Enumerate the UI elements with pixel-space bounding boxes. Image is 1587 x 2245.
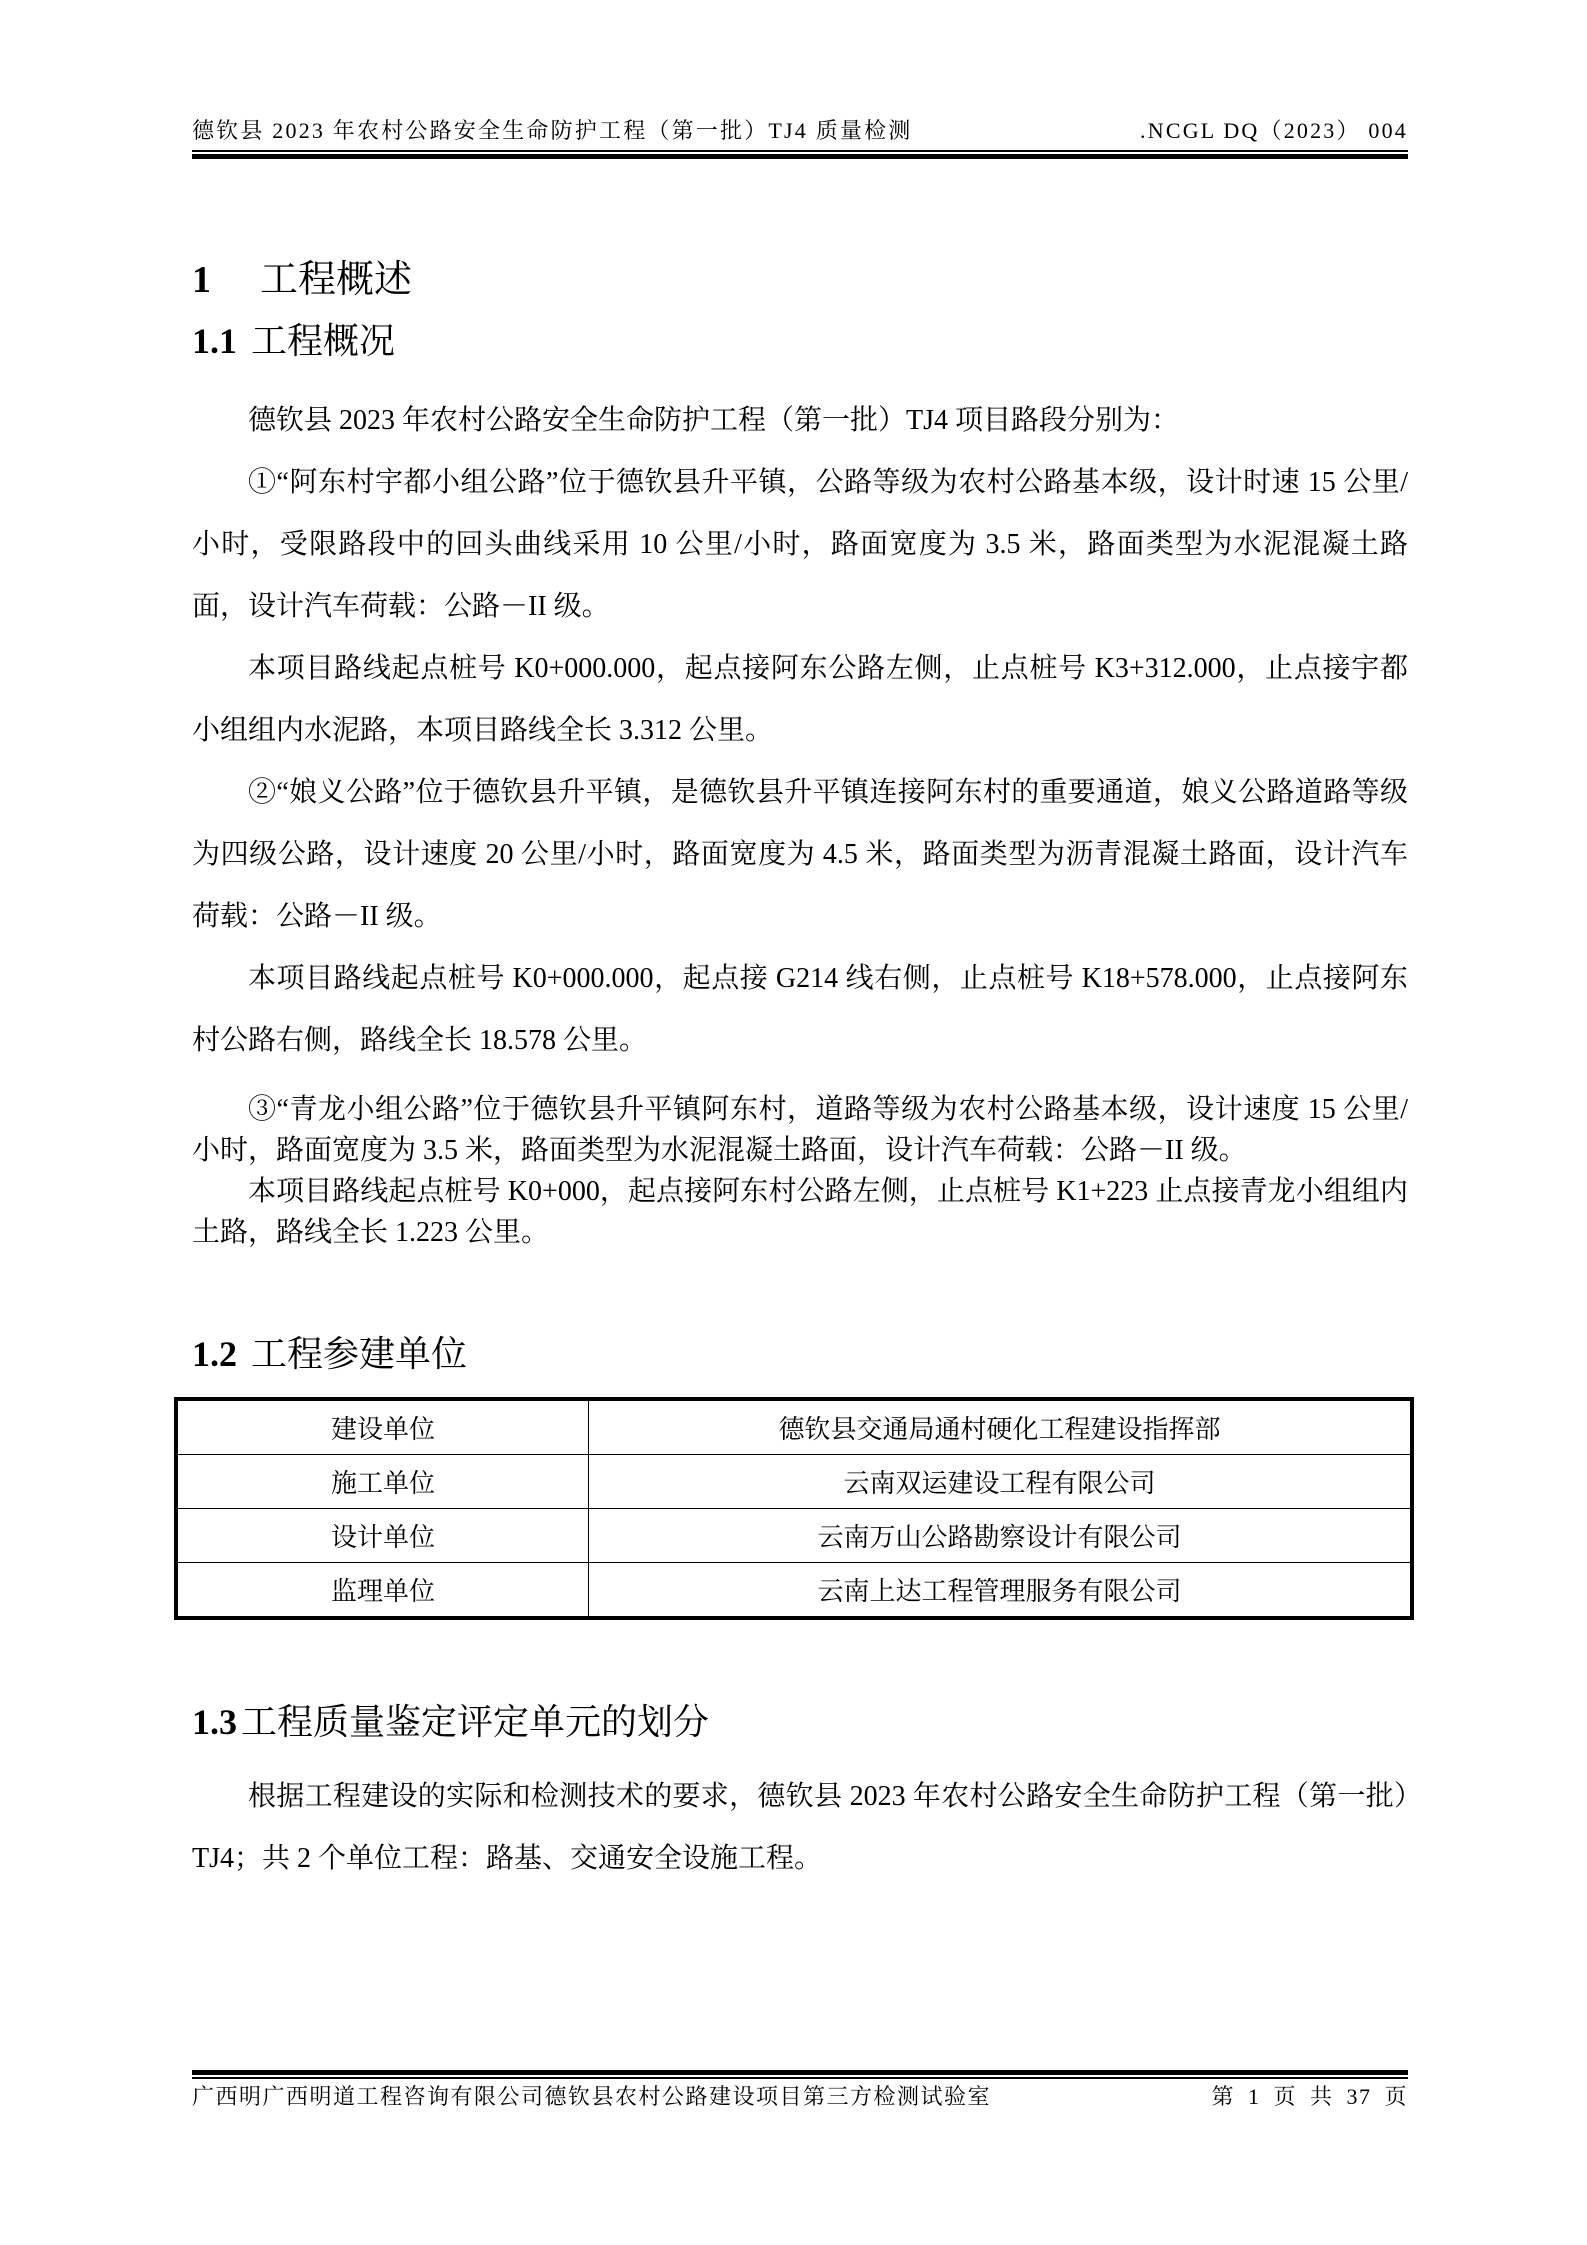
participating-units-table: 建设单位 德钦县交通局通村硬化工程建设指挥部 施工单位 云南双运建设工程有限公司… [174, 1397, 1414, 1620]
header-rule-thin [192, 150, 1408, 152]
paragraph-road-3-desc: ③“青龙小组公路”位于德钦县升平镇阿东村，道路等级为农村公路基本级，设计速度 1… [192, 1089, 1408, 1171]
section-title: 工程质量鉴定评定单元的划分 [241, 1702, 709, 1742]
paragraph-road-1-route: 本项目路线起点桩号 K0+000.000，起点接阿东公路左侧，止点桩号 K3+3… [192, 638, 1408, 762]
header-rule-thick [192, 154, 1408, 159]
paragraph: 德钦县 2023 年农村公路安全生命防护工程（第一批）TJ4 项目路段分别为： [192, 390, 1408, 452]
page-footer: 广西明广西明道工程咨询有限公司德钦县农村公路建设项目第三方检测试验室 第 1 页… [192, 2082, 1408, 2112]
section-number: 1.2 [192, 1329, 237, 1379]
unit-role: 设计单位 [176, 1509, 589, 1563]
section-1-1-heading: 1.1工程概况 [192, 316, 395, 366]
section-number: 1 [192, 254, 260, 306]
road-3-block: ③“青龙小组公路”位于德钦县升平镇阿东村，道路等级为农村公路基本级，设计速度 1… [192, 1089, 1408, 1253]
section-title: 工程参建单位 [251, 1334, 467, 1374]
header-title: 德钦县 2023 年农村公路安全生命防护工程（第一批）TJ4 质量检测 [192, 116, 913, 146]
page-number: 第 1 页 共 37 页 [1211, 2082, 1408, 2112]
unit-org: 德钦县交通局通村硬化工程建设指挥部 [589, 1399, 1413, 1455]
unit-role: 建设单位 [176, 1399, 589, 1455]
section-1-2-heading: 1.2工程参建单位 [192, 1329, 467, 1379]
unit-role: 施工单位 [176, 1455, 589, 1509]
table-row: 监理单位 云南上达工程管理服务有限公司 [176, 1563, 1412, 1619]
section-title: 工程概况 [251, 321, 395, 361]
table-row: 施工单位 云南双运建设工程有限公司 [176, 1455, 1412, 1509]
section-1-heading: 1工程概述 [192, 254, 412, 306]
overview-intro: 德钦县 2023 年农村公路安全生命防护工程（第一批）TJ4 项目路段分别为： … [192, 390, 1408, 1072]
section-1-3-heading: 1.3工程质量鉴定评定单元的划分 [192, 1697, 709, 1747]
paragraph-road-3-route: 本项目路线起点桩号 K0+000，起点接阿东村公路左侧，止点桩号 K1+223 … [192, 1171, 1408, 1253]
page-header: 德钦县 2023 年农村公路安全生命防护工程（第一批）TJ4 质量检测 .NCG… [192, 116, 1408, 146]
section-number: 1.1 [192, 316, 237, 366]
header-report-code: .NCGL DQ（2023） 004 [1140, 116, 1408, 146]
section-number: 1.3 [192, 1697, 237, 1747]
paragraph-road-1-desc: ①“阿东村宇都小组公路”位于德钦县升平镇，公路等级为农村公路基本级，设计时速 1… [192, 452, 1408, 638]
unit-division-block: 根据工程建设的实际和检测技术的要求，德钦县 2023 年农村公路安全生命防护工程… [192, 1766, 1408, 1890]
paragraph-road-2-route: 本项目路线起点桩号 K0+000.000，起点接 G214 线右侧，止点桩号 K… [192, 948, 1408, 1072]
section-title: 工程概述 [260, 259, 412, 301]
paragraph-road-2-desc: ②“娘义公路”位于德钦县升平镇，是德钦县升平镇连接阿东村的重要通道，娘义公路道路… [192, 762, 1408, 948]
unit-role: 监理单位 [176, 1563, 589, 1619]
footer-rule-thin [192, 2077, 1408, 2079]
table-row: 设计单位 云南万山公路勘察设计有限公司 [176, 1509, 1412, 1563]
paragraph: 根据工程建设的实际和检测技术的要求，德钦县 2023 年农村公路安全生命防护工程… [192, 1766, 1408, 1890]
unit-org: 云南万山公路勘察设计有限公司 [589, 1509, 1413, 1563]
footer-organization: 广西明广西明道工程咨询有限公司德钦县农村公路建设项目第三方检测试验室 [192, 2082, 991, 2112]
footer-rule-thick [192, 2070, 1408, 2075]
unit-org: 云南双运建设工程有限公司 [589, 1455, 1413, 1509]
unit-org: 云南上达工程管理服务有限公司 [589, 1563, 1413, 1619]
table-row: 建设单位 德钦县交通局通村硬化工程建设指挥部 [176, 1399, 1412, 1455]
